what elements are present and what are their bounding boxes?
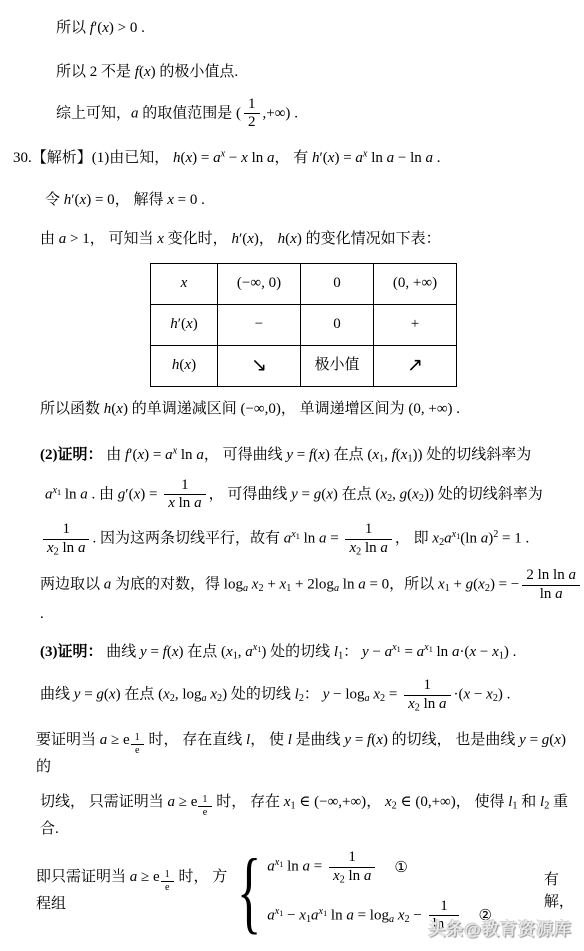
math-roman: ln [177,447,196,463]
fraction-numerator: 1 [161,869,174,882]
text-run: ， [259,231,278,247]
math-variable: h [170,316,178,332]
text-run: 是曲线 [292,732,345,748]
math-variable: g [96,687,104,703]
math-roman: ′( [178,316,186,332]
math-variable: a [80,486,88,502]
math-variable: x [247,231,254,247]
table-cell: h′(x) [151,305,218,346]
math-roman: = log [354,907,389,923]
math-variable: x [167,192,174,208]
math-variable: a [78,540,86,556]
subscript: a [202,694,207,705]
math-variable: x [492,644,499,660]
math-roman: − [283,907,299,923]
math-roman: ln [327,907,346,923]
math-roman: ·( [454,687,464,703]
line-solve-x-zero: 令 h′(x) = 0， 解得 x = 0 . [0,190,584,212]
math-roman: ln [367,150,386,166]
math-variable: a [426,150,434,166]
superscript: x1 [424,642,433,653]
math-roman: = [385,687,401,703]
text-run: . [137,20,145,36]
text-run: 极小值 [314,357,359,373]
text-run: ： [304,687,323,703]
text-run: 所以 2 不是 [56,64,135,80]
text-run: . [290,105,298,121]
text-run: 的单调递减区间 [128,401,241,417]
watermark: 头条@教育资源库 [428,918,572,943]
math-fraction: 1x2 ln a [329,849,375,885]
line-not-minimum: 所以 2 不是 f(x) 的极小值点. [0,62,584,84]
text-run: 处的切线 [266,644,334,660]
math-variable: x [226,644,233,660]
math-variable: x [186,316,193,332]
text-run: 变化时， [164,231,232,247]
math-variable: a [168,794,176,810]
math-variable: x [109,687,116,703]
superscript: 1e [197,793,212,804]
text-run: . 因为这两条切线平行，故有 [92,531,283,547]
math-roman: ≥ e [175,794,197,810]
superscript: x1 [319,906,328,917]
fraction-numerator: 1 [244,96,260,115]
math-variable: y [519,732,526,748]
math-roman: = [147,644,163,660]
math-roman: )) [424,486,434,502]
math-roman: ,+∞) [263,105,291,121]
math-roman: ′( [94,20,102,36]
math-variable: a [385,644,393,660]
line-proof2-start: (2)证明： 由 f′(x) = ax ln a， 可得曲线 y = f(x) … [0,445,584,467]
math-variable: a [346,907,354,923]
math-fraction: 1x ln a [164,477,205,513]
math-fraction: 1x2 ln a [345,521,391,557]
text-run: . [197,192,205,208]
text-run: . [40,606,44,622]
text-run: ， 单调递增区间为 [281,401,409,417]
math-variable: y [362,644,369,660]
math-variable: a [311,907,319,923]
text-run: 要证明当 [36,732,100,748]
text-run: . [453,401,461,417]
fraction-numerator: 1 [329,849,375,868]
math-roman: ) [561,732,566,748]
math-roman: = 0 [366,577,389,593]
math-roman: − [476,644,492,660]
math-variable: x [478,577,485,593]
math-roman: ln [175,495,194,511]
math-roman: ≥ e [107,732,129,748]
math-variable: a [302,859,310,875]
math-variable: a [364,868,372,884]
equation-1-body: ax1 ln a = 1x2 ln a [267,849,378,885]
math-roman: ln [540,586,555,602]
text-run: ， 即 [395,531,433,547]
superscript: x1 [452,529,461,540]
math-variable: a [439,696,447,712]
math-fraction: 1x2 ln a [43,521,89,557]
math-roman: (0, +∞) [408,401,452,417]
line-monotonic-conclusion: 所以函数 h(x) 的单调递减区间 (−∞,0)， 单调递增区间为 (0, +∞… [0,399,584,421]
math-roman: + [411,316,419,332]
table-cell: + [374,305,457,346]
fraction-numerator: 1 [164,477,205,496]
text-run: 时， 存在直线 [145,732,246,748]
line-proof2-parallel: 1x2 ln a. 因为这两条切线平行，故有 ax1 ln a = 1x2 ln… [0,521,584,557]
text-run: ， 可知当 [90,231,158,247]
math-roman: 0 [333,316,341,332]
text-run: 所以 [56,20,90,36]
math-variable: h [231,231,239,247]
superscript: x1 [53,485,62,496]
math-roman: ) = [334,150,355,166]
math-roman: ln [361,540,380,556]
text-run: 为底的对数，得 [111,577,224,593]
math-variable: x [486,687,493,703]
math-roman: = [351,732,367,748]
equation-1-label: ① [394,857,407,879]
text-run: ， 有 [274,150,312,166]
math-roman: (ln [460,531,480,547]
math-variable: a [131,105,139,121]
fraction-denominator: e [131,745,144,757]
math-fraction: 1e [161,869,174,894]
math-roman: (−∞,0) [240,401,280,417]
math-variable: h [312,150,320,166]
text-run: 的 [36,759,51,775]
math-variable: x [47,540,54,556]
left-brace: { [237,850,261,933]
math-roman: + 2log [291,577,334,593]
math-roman: ln [433,644,452,660]
bold-text-run: (2)证明： [40,447,103,463]
math-roman: = [293,447,309,463]
table-cell: (0, +∞) [374,264,457,305]
line-proof3-claim-2: 切线， 只需证明当 a ≥ e1e 时， 存在 x1 ∈ (−∞,+∞)， x2… [0,792,584,841]
math-roman: ) [193,316,198,332]
math-fraction: 12 [244,96,260,132]
math-variable: a [196,447,204,463]
fraction-numerator: 1 [43,521,89,540]
math-roman: = [526,732,542,748]
math-variable: y [291,486,298,502]
math-variable: y [286,447,293,463]
math-roman: ( [236,105,241,121]
math-variable: x [181,275,188,291]
document-page: 所以 f′(x) > 0 . 所以 2 不是 f(x) 的极小值点. 综上可知，… [0,0,584,951]
fraction-denominator: ln a [522,586,580,604]
math-variable: x [241,150,248,166]
text-run: 时， 存在 [213,794,284,810]
table-cell: − [218,305,301,346]
math-roman: ln [283,859,302,875]
math-roman: log [224,577,243,593]
table-row-hprime: h′(x) − 0 + [151,305,457,346]
fraction-numerator: 1 [131,732,144,745]
math-variable: a [380,540,388,556]
text-run: 切线， 只需证明当 [40,794,168,810]
math-roman: ln [300,531,319,547]
math-variable: a [202,694,207,705]
math-variable: x [438,577,445,593]
text-run: ， 可得曲线 [204,447,287,463]
math-roman: ) [191,357,196,373]
text-run: ， 使得 [456,794,509,810]
table-cell: 极小值 [301,346,374,387]
math-variable: x [172,644,179,660]
trend-arrow-icon: ↗ [407,354,423,376]
math-roman: )) [413,447,423,463]
table-cell: x [151,264,218,305]
fraction-numerator: 1 [429,898,460,917]
text-run: ， [366,794,385,810]
fraction-denominator: x2 ln a [329,868,375,886]
math-variable: y [140,644,147,660]
fraction-denominator: x2 ln a [345,540,391,558]
math-variable: x [102,20,109,36]
math-roman: ) = [192,150,213,166]
math-variable: x [326,486,333,502]
monotonicity-table: x (−∞, 0) 0 (0, +∞) h′(x) − 0 + h(x) ↘ 极… [150,263,457,387]
line-range-conclusion: 综上可知，a 的取值范围是 (12,+∞) . [0,96,584,132]
superscript: 1e [160,868,175,879]
table-cell: ↗ [374,346,457,387]
fraction-denominator: e [198,807,211,819]
math-variable: a [194,495,202,511]
math-roman: = [401,644,417,660]
math-roman: ′( [71,192,79,208]
math-variable: a [267,859,275,875]
math-roman: ) = − [490,577,519,593]
text-run: 的取值范围是 [139,105,237,121]
math-roman: = [80,687,96,703]
table-cell: h(x) [151,346,218,387]
math-variable: a [358,577,366,593]
text-run: 和 [518,794,541,810]
text-run: ， 可得曲线 [209,486,292,502]
text-run: 令 [45,192,64,208]
text-run: ， 解得 [115,192,168,208]
fraction-denominator: e [161,882,174,894]
text-run: 的极小值点. [156,64,239,80]
math-roman: ′( [239,231,247,247]
text-run: ， 使 [250,732,288,748]
math-fraction: 1e [198,794,211,819]
math-roman: 0 [333,275,341,291]
math-roman: ln [248,150,267,166]
math-roman: ·( [459,644,469,660]
text-run: 在点 [121,687,159,703]
line-table-intro: 由 a > 1， 可知当 x 变化时， h′(x)， h(x) 的变化情况如下表… [0,229,584,251]
text-run: . 由 [88,486,118,502]
text-run: 30.【解析】(1)由已知， [13,150,173,166]
text-run: . [509,644,517,660]
fraction-denominator: 2 [244,114,260,132]
math-variable: a [355,150,363,166]
math-variable: x [408,696,415,712]
math-fraction: 1e [131,732,144,757]
math-roman: − [255,316,263,332]
table-row-x: x (−∞, 0) 0 (0, +∞) [151,264,457,305]
math-roman: ln [345,868,364,884]
system-intro: 即只需证明当 a ≥ e1e 时， 方程组 [36,867,233,916]
math-roman: ∈ (−∞,+∞) [296,794,367,810]
text-run: 的切线， 也是曲线 [388,732,519,748]
math-variable: a [245,644,253,660]
math-variable: x [299,907,306,923]
math-roman: − [369,644,385,660]
math-variable: x [333,868,340,884]
line-proof3-tangent-l1: (3)证明： 曲线 y = f(x) 在点 (x1, ax1) 处的切线 l1：… [0,642,584,664]
fraction-numerator: 2 ln ln a [522,567,580,586]
math-variable: x [318,447,325,463]
math-variable: h [173,150,181,166]
math-variable: a [568,567,576,583]
superscript: 1e [130,730,145,741]
math-variable: x [385,794,392,810]
system-has-solution: 有解， [544,870,584,914]
math-variable: a [365,694,370,705]
math-roman: ln [339,577,358,593]
text-run: 处的切线 [227,687,295,703]
math-fraction: 2 ln ln aln a [522,567,580,603]
math-variable: x [412,486,419,502]
math-roman: ) = [140,486,161,502]
superscript: x1 [392,642,401,653]
text-run: ，所以 [389,577,438,593]
line-proof2-slope-g: ax1 ln a . 由 g′(x) = 1x ln a， 可得曲线 y = g… [0,477,584,513]
math-roman: 2 ln ln [526,567,568,583]
text-run: 处的切线斜率为 [423,447,532,463]
math-roman: = [298,486,314,502]
math-variable: a [165,447,173,463]
math-roman: + [450,577,466,593]
math-roman: ≥ e [137,869,159,885]
math-variable: x [168,495,175,511]
math-roman: (−∞, 0) [237,275,281,291]
math-variable: x [372,447,379,463]
line-proof2-log: 两边取以 a 为底的对数，得 loga x2 + x1 + 2loga ln a… [0,567,584,625]
math-variable: x [376,732,383,748]
math-roman: = 0 [174,192,197,208]
bold-text-run: (3)证明： [40,644,103,660]
text-run: 处的切线斜率为 [434,486,543,502]
text-run: 在点 [184,644,222,660]
math-variable: a [267,907,275,923]
text-run: . [522,531,530,547]
text-run: . [433,150,441,166]
line-proof3-claim-1: 要证明当 a ≥ e1e 时， 存在直线 l， 使 l 是曲线 y = f(x)… [0,730,584,779]
math-roman: , [392,486,400,502]
text-run: 曲线 [40,687,74,703]
text-run: 在点 [330,447,368,463]
trend-arrow-icon: ↘ [251,354,267,376]
fraction-numerator: 1 [345,521,391,540]
line-problem30-part1: 30.【解析】(1)由已知， h(x) = ax − x ln a， 有 h′(… [0,148,584,170]
math-roman: , [384,447,392,463]
math-roman: ′( [320,150,328,166]
text-run: 两边取以 [40,577,104,593]
math-roman: , log [175,687,202,703]
math-roman: > 1 [66,231,89,247]
text-run: 曲线 [103,644,141,660]
text-run: . [503,687,511,703]
math-variable: a [555,586,563,602]
math-roman: ∈ (0,+∞) [397,794,456,810]
fraction-denominator: x2 ln a [404,696,450,714]
line-fprime-positive: 所以 f′(x) > 0 . [0,18,584,40]
fraction-denominator: x2 ln a [43,540,89,558]
table-row-h: h(x) ↘ 极小值 ↗ [151,346,457,387]
math-variable: a [444,531,452,547]
table-cell: ↘ [218,346,301,387]
table-cell: (−∞, 0) [218,264,301,305]
text-run: 由 [103,447,126,463]
math-roman: − [410,907,426,923]
math-roman: ) = 0 [86,192,114,208]
text-run: 由 [40,231,59,247]
math-variable: x [290,231,297,247]
math-roman: − ln [394,150,425,166]
math-variable: a [213,150,221,166]
math-roman: ln [61,486,80,502]
text-run: ： [343,644,362,660]
math-roman: − [470,687,486,703]
math-fraction: 1x2 ln a [404,677,450,713]
math-variable: a [387,150,395,166]
math-variable: x [373,687,380,703]
math-roman: (0, +∞) [393,275,437,291]
math-variable: a [45,486,53,502]
math-variable: x [116,401,123,417]
math-roman: ) = [144,447,165,463]
math-variable: x [144,64,151,80]
fraction-numerator: 1 [404,677,450,696]
math-roman: − [225,150,241,166]
math-variable: x [163,687,170,703]
math-roman: ) > 0 [109,20,137,36]
math-roman: ln [420,696,439,712]
subscript: a [365,694,370,705]
text-run: 即只需证明当 [36,869,130,885]
table-cell: 0 [301,264,374,305]
math-roman: − log [329,687,364,703]
fraction-denominator: x ln a [164,495,205,513]
math-roman: = 1 [498,531,521,547]
text-run: 在点 [338,486,376,502]
math-roman: = [326,531,342,547]
table-cell: 0 [301,305,374,346]
text-run: 所以函数 [40,401,104,417]
math-roman: ′( [125,486,133,502]
math-variable: x [157,231,164,247]
fraction-numerator: 1 [198,794,211,807]
equation-1: ax1 ln a = 1x2 ln a ① [267,849,492,885]
line-proof3-tangent-l2: 曲线 y = g(x) 在点 (x2, loga x2) 处的切线 l2： y … [0,677,584,713]
math-roman: + [264,577,280,593]
text-run: 的变化情况如下表： [302,231,441,247]
superscript: x1 [291,529,300,540]
math-roman: = [310,859,326,875]
math-variable: x [554,732,561,748]
math-roman: ln [59,540,78,556]
text-run: 综上可知， [56,105,131,121]
